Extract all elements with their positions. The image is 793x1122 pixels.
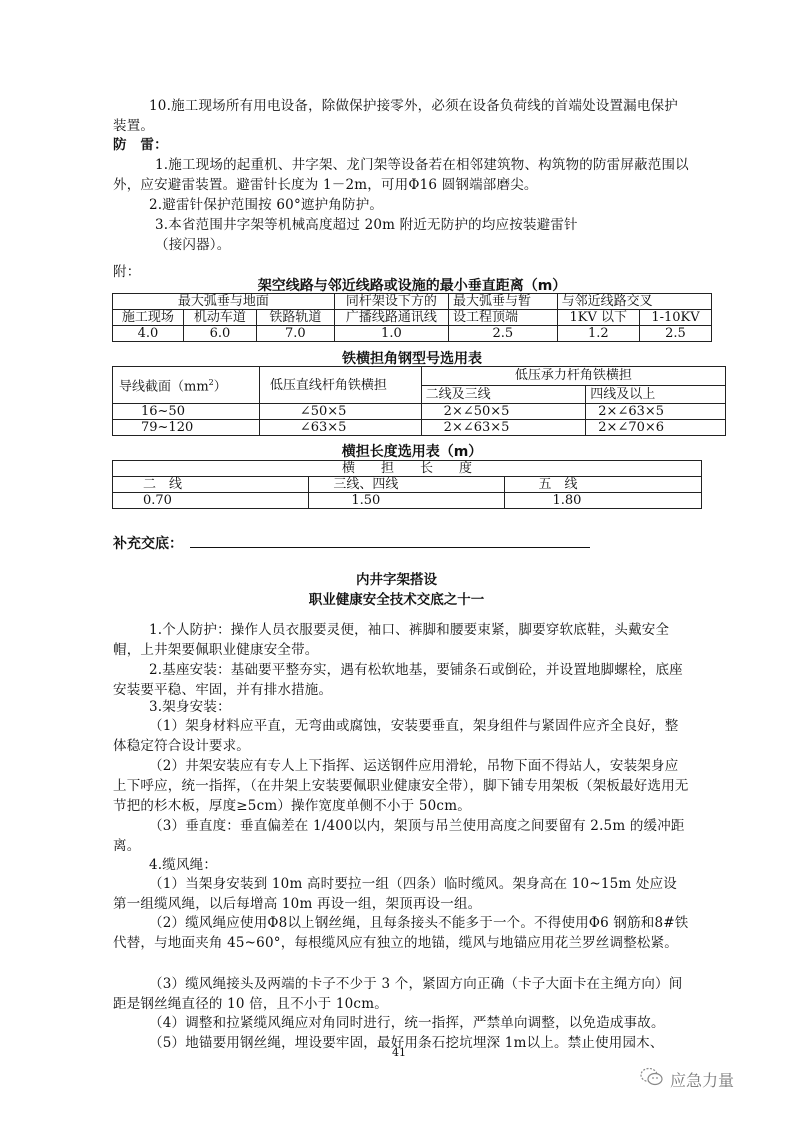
t1-header-temp-work: 最大弧垂与暂 — [449, 294, 558, 310]
t3-header-2-lines: 二 线 — [113, 477, 309, 493]
t2-header-section: 导线截面（mm2） — [113, 367, 260, 404]
t2-r1-2-3: 2×∠50×5 — [421, 404, 586, 420]
t3-val-5-lines: 1.80 — [504, 493, 702, 509]
paragraph-guy-2: （2）缆风绳应使用Φ8以上钢丝绳，且每条接头不能多于一个。不得使用Φ6 钢筋和8… — [113, 913, 690, 953]
t1-val-broadcast: 1.0 — [334, 326, 448, 342]
t1-sub-motorway: 机动车道 — [183, 310, 256, 326]
t1-header-same-pole: 同杆架设下方的 — [334, 294, 448, 310]
t2-header-4plus-lines: 四线及以上 — [586, 385, 726, 404]
paragraph-guy-ropes: 4.缆风绳： — [113, 855, 690, 875]
t1-sub-below-1kv: 1KV 以下 — [557, 310, 639, 326]
wechat-icon — [640, 1067, 664, 1091]
lightning-item-1: 1.施工现场的起重机、井字架、龙门架等设备若在相邻建筑物、构筑物的防雷屏蔽范围以… — [113, 155, 690, 195]
section-subtitle: 职业健康安全技术交底之十一 — [0, 588, 793, 608]
crossarm-length-table: 横 担 长 度 二 线 三线、四线 五 线 0.70 1.50 1.80 — [112, 460, 702, 509]
lightning-item-3-cont: （接闪器）。 — [155, 235, 355, 255]
t1-val-below-1kv: 1.2 — [557, 326, 639, 342]
page-number: 41 — [392, 1046, 406, 1059]
t2-header-tension: 低压承力杆角铁横担 — [421, 367, 725, 386]
t2-r2-straight: ∠63×5 — [259, 420, 421, 436]
paragraph-base-install: 2.基座安装：基础要平整夯实，遇有松软地基，要铺条石或倒砼，并设置地脚螺栓，底座… — [113, 660, 690, 700]
t1-val-1-10kv: 2.5 — [639, 326, 711, 342]
angle-steel-crossarm-table: 导线截面（mm2） 低压直线杆角铁横担 低压承力杆角铁横担 二线及三线 四线及以… — [112, 366, 726, 436]
watermark-text: 应急力量 — [670, 1068, 734, 1091]
item-10-text: 10.施工现场所有用电设备，除做保护接零外，必须在设备负荷线的首端处设置漏电保护… — [113, 96, 690, 136]
t3-header-group: 横 担 长 度 — [113, 461, 702, 477]
t3-val-3-4-lines: 1.50 — [309, 493, 504, 509]
paragraph-frame-3: （3）垂直度：垂直偏差在 1/400以内，架顶与吊兰使用高度之间要留有 2.5m… — [113, 816, 690, 856]
table1-title: 架空线路与邻近线路或设施的最小垂直距离（m） — [112, 275, 712, 295]
t3-header-5-lines: 五 线 — [504, 477, 702, 493]
t2-header-straight: 低压直线杆角铁横担 — [259, 367, 421, 404]
lightning-heading: 防 雷： — [113, 135, 690, 155]
table2-title: 铁横担角钢型号选用表 — [112, 348, 712, 368]
t2-r1-straight: ∠50×5 — [259, 404, 421, 420]
paragraph-frame-install: 3.架身安装： — [113, 697, 690, 717]
t2-r2-2-3: 2×∠63×5 — [421, 420, 586, 436]
lightning-item-2: 2.避雷针保护范围按 60°遮护角防护。 — [113, 195, 690, 215]
t1-sub-top: 设工程顶端 — [449, 310, 558, 326]
t2-r2-section: 79~120 — [113, 420, 260, 436]
t3-val-2-lines: 0.70 — [113, 493, 309, 509]
table3-title: 横担长度选用表（m） — [112, 441, 712, 461]
paragraph-guy-1: （1）当架身安装到 10m 高时要拉一组（四条）临时缆风。架身高在 10~15m… — [113, 874, 690, 914]
t1-val-railway: 7.0 — [257, 326, 335, 342]
t1-sub-site: 施工现场 — [113, 310, 184, 326]
lightning-item-3: 3.本省范围井字架等机械高度超过 20m 附近无防护的均应按装避雷针 — [113, 215, 690, 235]
t1-val-motorway: 6.0 — [183, 326, 256, 342]
t1-val-site: 4.0 — [113, 326, 184, 342]
t1-sub-railway: 铁路轨道 — [257, 310, 335, 326]
min-vertical-distance-table: 最大弧垂与地面 同杆架设下方的 最大弧垂与暂 与邻近线路交叉 施工现场 机动车道… — [112, 293, 712, 342]
t2-r1-section: 16~50 — [113, 404, 260, 420]
t1-sub-1-10kv: 1-10KV — [639, 310, 711, 326]
watermark: 应急力量 — [640, 1067, 734, 1091]
section-title: 内井字架搭设 — [0, 568, 793, 588]
paragraph-frame-1: （1）架身材料应平直，无弯曲或腐蚀，安装要垂直，架身组件与紧固件应齐全良好，整体… — [113, 716, 690, 756]
paragraph-guy-4: （4）调整和拉紧缆风绳应对角同时进行，统一指挥，严禁单向调整，以免造成事故。 — [113, 1013, 690, 1033]
t3-header-3-4-lines: 三线、四线 — [309, 477, 504, 493]
t1-header-crossing: 与邻近线路交叉 — [557, 294, 711, 310]
t1-header-ground: 最大弧垂与地面 — [113, 294, 335, 310]
t1-sub-broadcast: 广播线路通讯线 — [334, 310, 448, 326]
t1-val-top: 2.5 — [449, 326, 558, 342]
supplement-label: 补充交底： — [113, 533, 183, 553]
t2-header-2-3-lines: 二线及三线 — [421, 385, 586, 404]
t2-r1-4plus: 2×∠63×5 — [586, 404, 726, 420]
supplement-blank-line — [190, 547, 590, 548]
t2-r2-4plus: 2×∠70×6 — [586, 420, 726, 436]
paragraph-guy-3: （3）缆风绳接头及两端的卡子不少于 3 个，紧固方向正确（卡子大面卡在主绳方向）… — [113, 974, 690, 1014]
paragraph-frame-2: （2）井架安装应有专人上下指挥、运送钢件应用滑轮，吊物下面不得站人，安装架身应上… — [113, 756, 690, 816]
paragraph-personal-protection: 1.个人防护：操作人员衣服要灵便，袖口、裤脚和腰要束紧，脚要穿软底鞋，头戴安全帽… — [113, 620, 690, 660]
